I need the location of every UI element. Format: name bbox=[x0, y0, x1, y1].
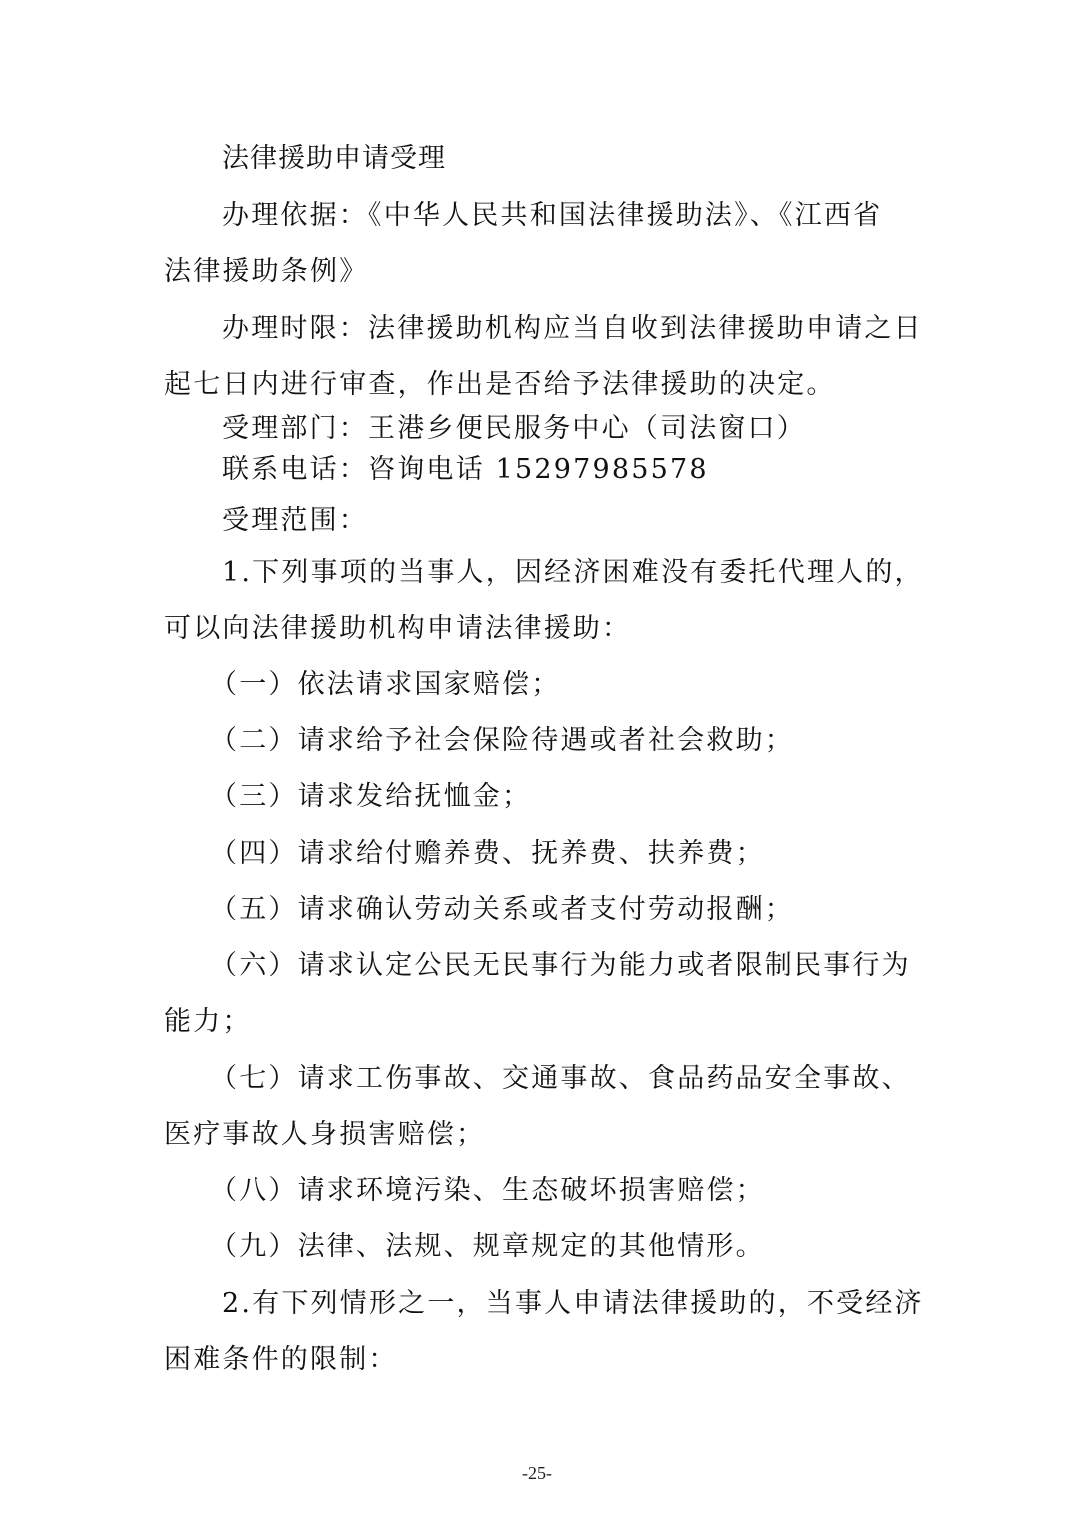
item-1-line-1: 1.下列事项的当事人，因经济困难没有委托代理人的， bbox=[222, 557, 924, 589]
sub-item-1: （一）依法请求国家赔偿； bbox=[210, 669, 560, 701]
sub-item-7-line-1: （七）请求工伤事故、交通事故、食品药品安全事故、 bbox=[210, 1063, 911, 1095]
sub-item-5: （五）请求确认劳动关系或者支付劳动报酬； bbox=[210, 894, 794, 926]
sub-item-2: （二）请求给予社会保险待遇或者社会救助； bbox=[210, 725, 794, 757]
department: 受理部门：王港乡便民服务中心（司法窗口） bbox=[222, 413, 806, 445]
sub-item-4: （四）请求给付赡养费、抚养费、扶养费； bbox=[210, 838, 765, 870]
basis-line-2: 法律援助条例》 bbox=[164, 256, 368, 288]
sub-item-8: （八）请求环境污染、生态破坏损害赔偿； bbox=[210, 1175, 765, 1207]
item-2-line-2: 困难条件的限制： bbox=[164, 1344, 398, 1376]
sub-item-6-line-2: 能力； bbox=[164, 1006, 252, 1038]
sub-item-7-line-2: 医疗事故人身损害赔偿； bbox=[164, 1119, 485, 1151]
sub-item-6-line-1: （六）请求认定公民无民事行为能力或者限制民事行为 bbox=[210, 950, 911, 982]
document-page: 法律援助申请受理 办理依据：《中华人民共和国法律援助法》、《江西省 法律援助条例… bbox=[0, 0, 1074, 1520]
time-limit-line-2: 起七日内进行审查，作出是否给予法律援助的决定。 bbox=[164, 369, 836, 401]
item-1-line-2: 可以向法律援助机构申请法律援助： bbox=[164, 613, 631, 645]
page-number: -25- bbox=[0, 1463, 1074, 1484]
sub-item-3: （三）请求发给抚恤金； bbox=[210, 781, 531, 813]
scope-heading: 受理范围： bbox=[222, 505, 368, 537]
page-title: 法律援助申请受理 bbox=[222, 143, 446, 175]
sub-item-9: （九）法律、法规、规章规定的其他情形。 bbox=[210, 1231, 765, 1263]
basis-line-1: 办理依据：《中华人民共和国法律援助法》、《江西省 bbox=[222, 200, 882, 232]
item-2-line-1: 2.有下列情形之一，当事人申请法律援助的，不受经济 bbox=[222, 1288, 924, 1320]
contact-phone: 联系电话：咨询电话 15297985578 bbox=[222, 454, 709, 486]
time-limit-line-1: 办理时限：法律援助机构应当自收到法律援助申请之日 bbox=[222, 313, 923, 345]
